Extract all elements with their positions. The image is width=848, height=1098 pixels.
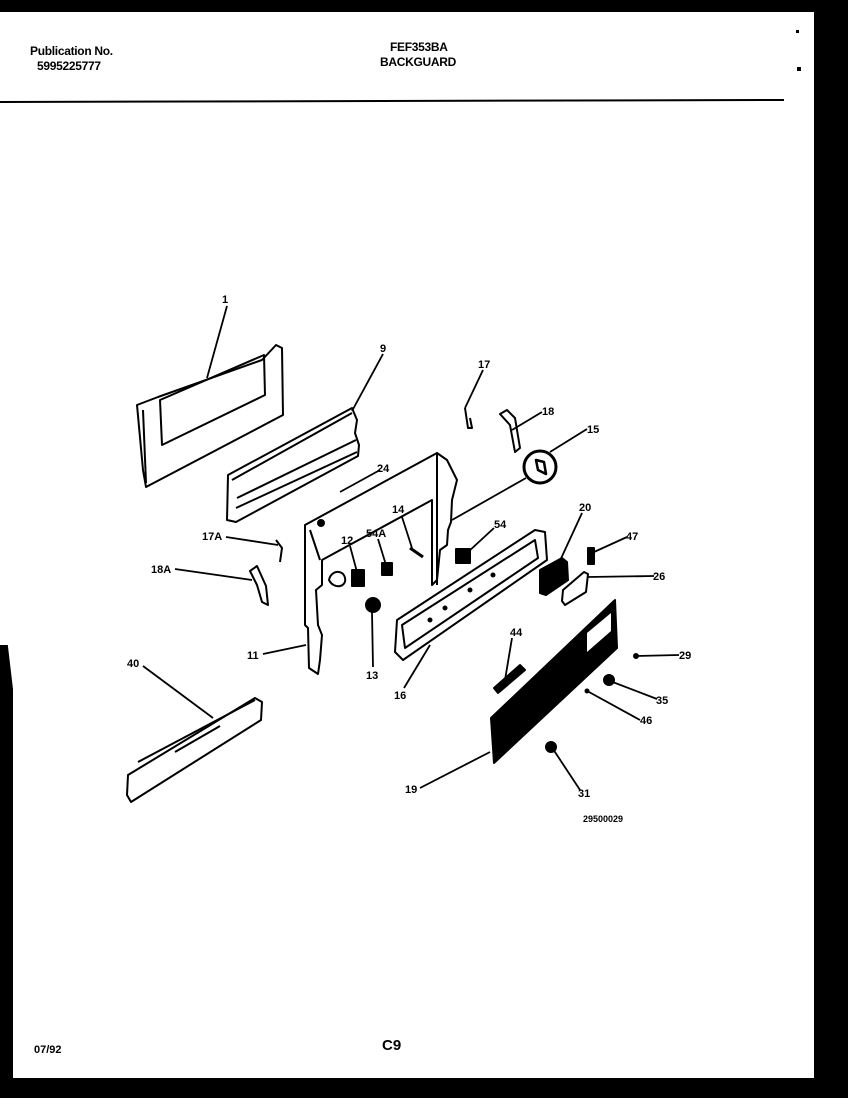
callout-29: 29 [679,650,691,662]
callout-20: 20 [579,502,591,514]
part-46-drawing [586,690,589,693]
callout-12: 12 [341,535,353,547]
part-47-drawing [588,548,594,564]
part-18a-drawing [250,566,268,605]
revision-date: 07/92 [34,1044,62,1056]
callout-31: 31 [578,788,590,800]
callout-46: 46 [640,715,652,727]
callout-40: 40 [127,658,139,670]
callout-15: 15 [587,424,599,436]
drawing-code: 29500029 [583,814,623,824]
callout-9: 9 [380,343,386,355]
part-14-drawing [410,548,423,557]
callout-18: 18 [542,406,554,418]
part-35-drawing [604,675,614,685]
callout-14: 14 [392,504,405,516]
callout-54a: 54A [366,528,386,540]
page-number: C9 [382,1037,401,1054]
callout-13: 13 [366,670,378,682]
callout-35: 35 [656,695,668,707]
part-17a-drawing [276,540,282,562]
part-17-drawing [465,408,472,428]
part-callouts: 1 9 17 18 15 24 14 54 54A 12 17A 18A 20 … [127,294,691,824]
part-15-drawing [524,451,556,483]
callout-47: 47 [626,531,638,543]
part-13-drawing [366,598,380,612]
callout-18a: 18A [151,564,171,576]
part-40-drawing [127,698,262,802]
part-12-drawing [329,572,345,586]
callout-17a: 17A [202,531,222,543]
callout-24: 24 [377,463,390,475]
callout-17: 17 [478,359,490,371]
part-18-drawing [500,410,520,452]
part-54a-drawing [382,563,392,575]
callout-44: 44 [510,627,523,639]
callout-11: 11 [247,650,259,662]
callout-54: 54 [494,519,507,531]
callout-16: 16 [394,690,406,702]
part-9-drawing [227,408,359,522]
exploded-parts-diagram: 1 9 17 18 15 24 14 54 54A 12 17A 18A 20 … [0,0,848,1098]
callout-19: 19 [405,784,417,796]
callout-26: 26 [653,571,665,583]
callout-1: 1 [222,294,228,306]
